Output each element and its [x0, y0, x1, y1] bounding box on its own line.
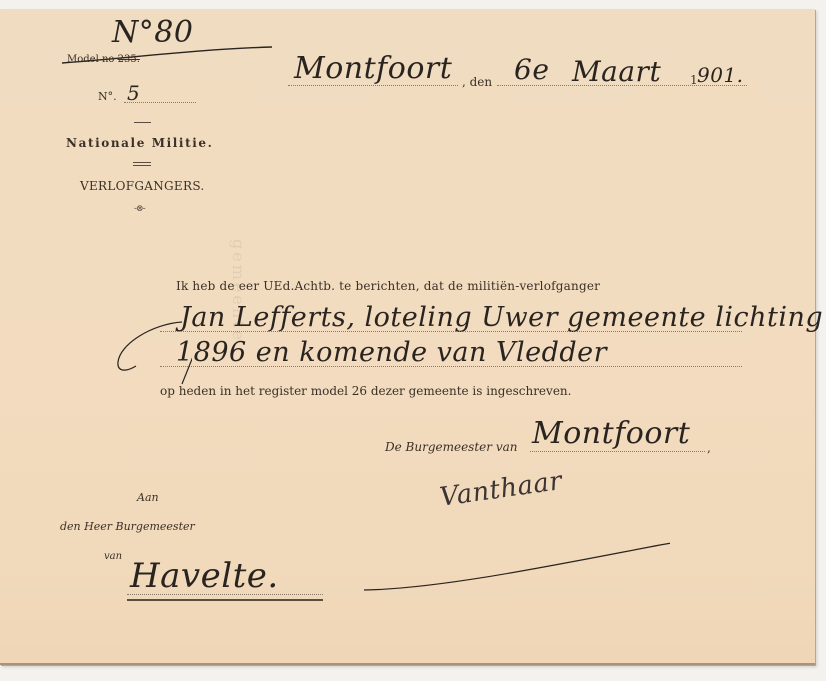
section-subtitle: VERLOFGANGERS.	[80, 179, 205, 193]
number-dotted-line	[124, 102, 196, 103]
place-handwritten: Montfoort	[294, 51, 452, 86]
body-dotted-line-2	[160, 366, 742, 367]
day-handwritten: 6e	[514, 53, 549, 86]
year-handwritten: 901.	[697, 63, 744, 87]
addressee-place: Havelte.	[130, 556, 279, 596]
header-divider-2b	[133, 165, 151, 166]
addressee-van: van	[104, 551, 122, 562]
signature-label: De Burgemeester van	[385, 440, 517, 454]
signature-place: Montfoort	[532, 416, 690, 451]
signature-dotted-line	[530, 451, 705, 452]
model-number-struck: 235.	[118, 54, 140, 65]
model-label-text: Model no	[67, 54, 114, 65]
body-dotted-line-1	[160, 331, 742, 332]
number-label: N°.	[98, 90, 117, 103]
ornament-icon: -⊗-	[134, 204, 145, 214]
addressee-dotted-line	[127, 594, 323, 595]
addressee-underline	[127, 599, 323, 601]
handwriting-flourish	[112, 314, 192, 389]
signature-comma: ,	[707, 441, 711, 455]
place-dotted-line	[288, 85, 458, 86]
handwritten-line-2: 1896 en komende van Vledder	[176, 337, 607, 368]
signature-underline	[360, 479, 670, 594]
handwritten-line-1: Jan Lefferts, loteling Uwer gemeente lic…	[180, 302, 823, 333]
month-handwritten: Maart	[572, 55, 661, 88]
header-divider-2a	[133, 162, 151, 163]
den-label: , den	[462, 75, 492, 89]
addressee-line: den Heer Burgemeester	[60, 520, 195, 533]
document-sheet: gemeente N°80 Model no 235. N°. 5 Nation…	[0, 9, 815, 665]
section-title: Nationale Militie.	[66, 136, 213, 150]
intro-text: Ik heb de eer UEd.Achtb. te berichten, d…	[176, 279, 600, 293]
addressee-aan: Aan	[137, 491, 159, 504]
header-divider-1	[134, 122, 151, 123]
closing-text: op heden in het register model 26 dezer …	[160, 384, 571, 398]
model-label: Model no 235.	[67, 54, 140, 65]
